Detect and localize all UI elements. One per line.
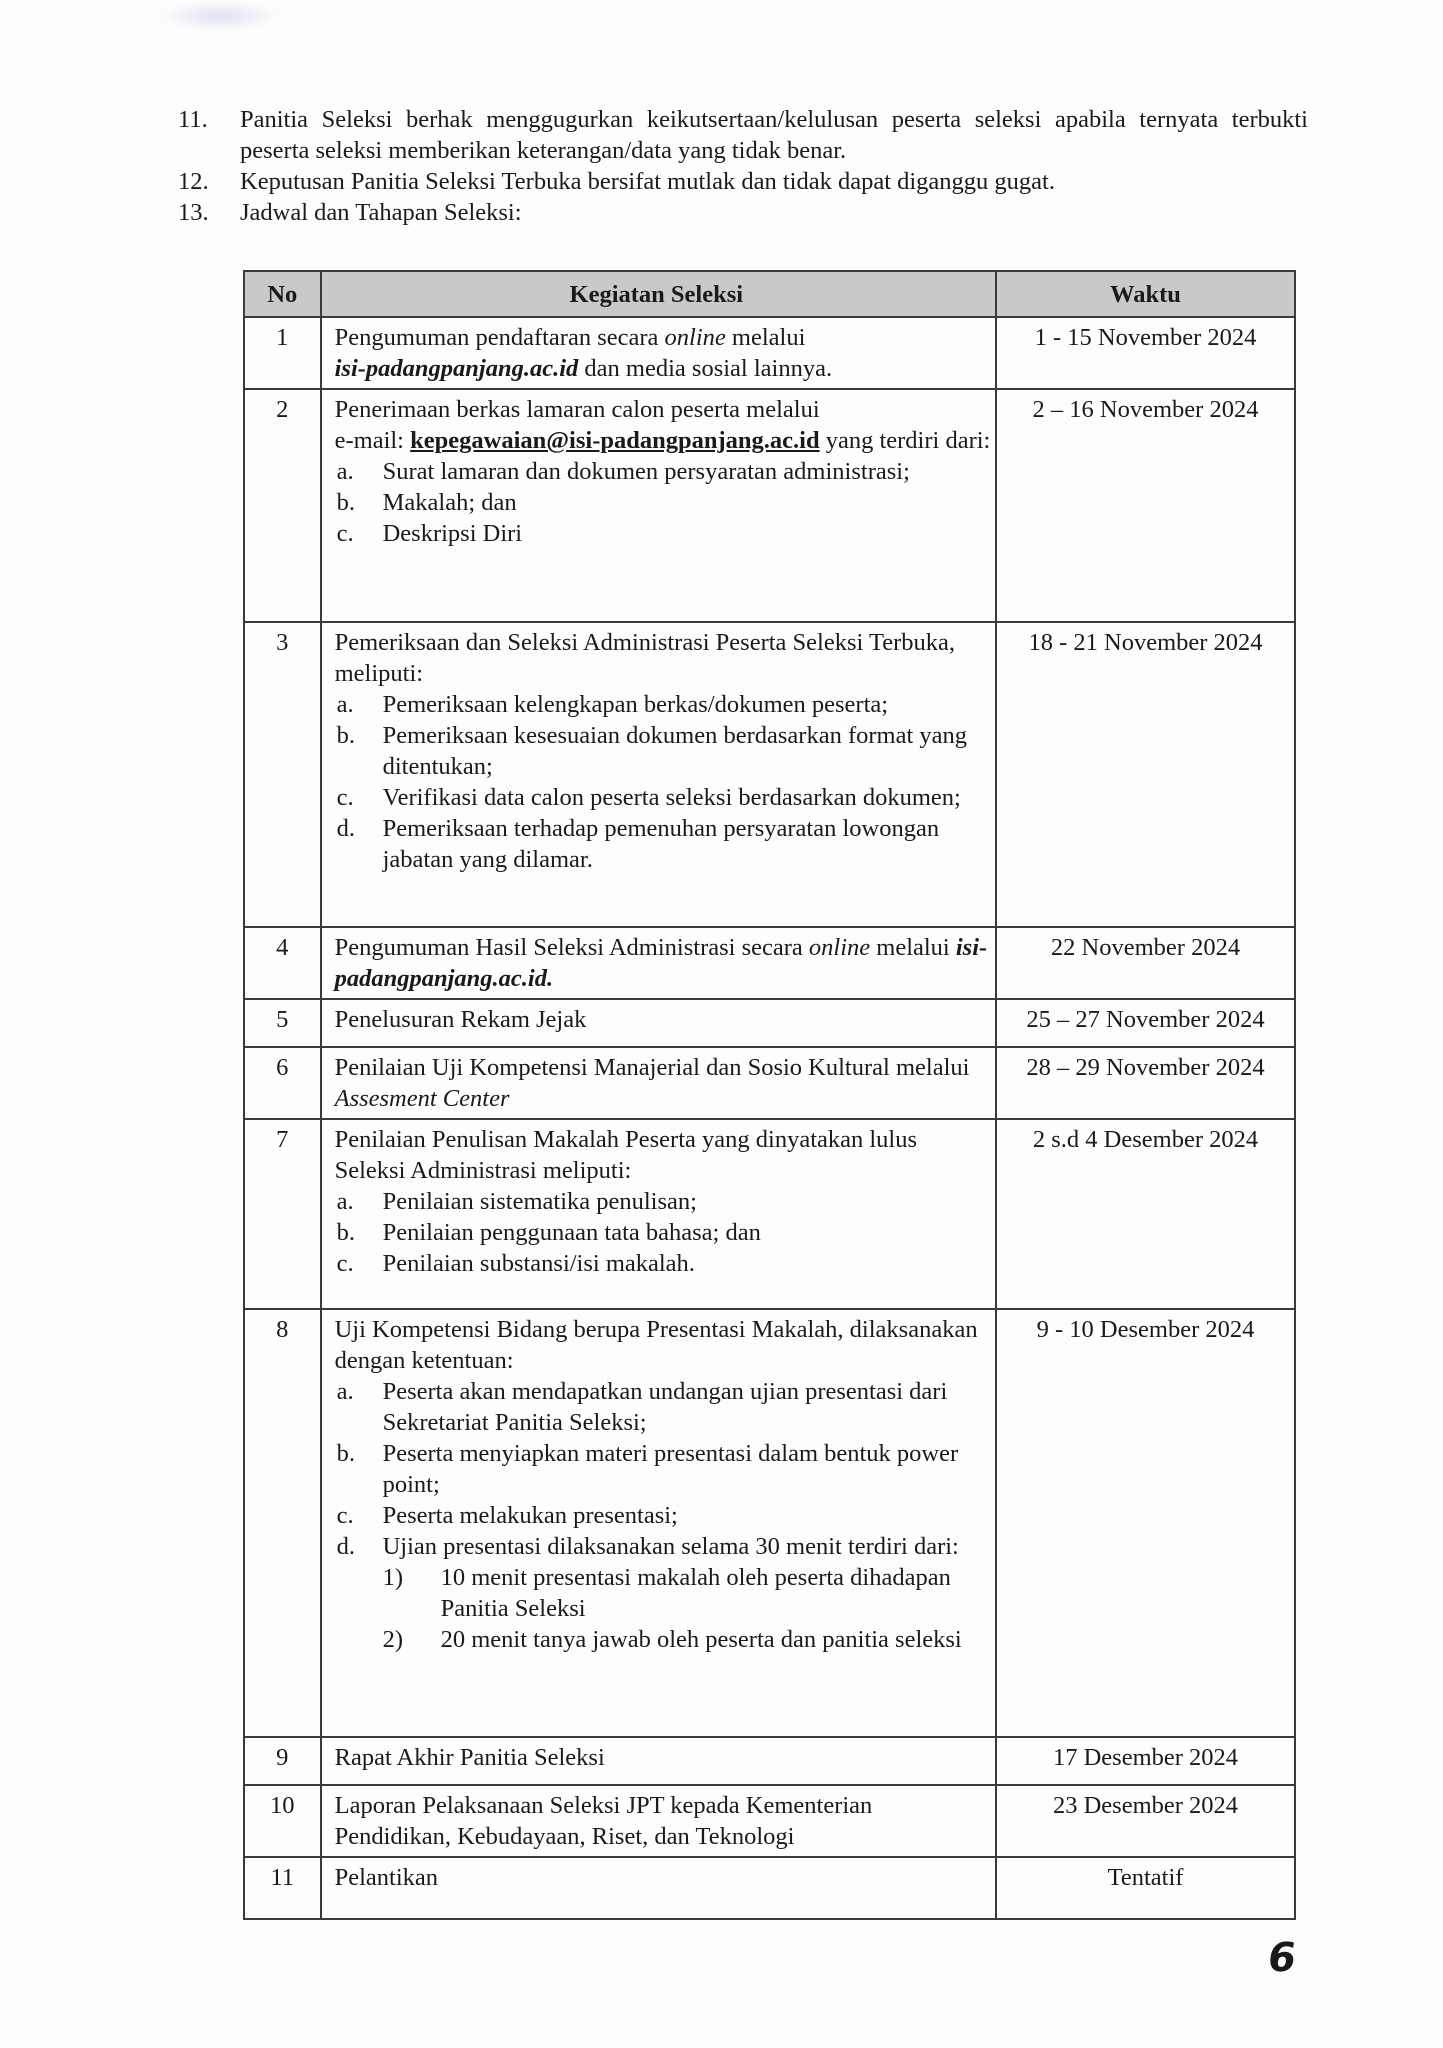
activity-cell: Rapat Akhir Panitia Seleksi [321, 1737, 996, 1785]
email-link[interactable]: kepegawaian@isi-padangpanjang.ac.id [410, 427, 819, 454]
activity-text: Penilaian Penulisan Makalah Peserta yang… [335, 1124, 991, 1186]
sub-item-text: Penilaian sistematika penulisan; [383, 1186, 697, 1217]
sub-item-label: d. [335, 813, 383, 875]
activity-text: Pengumuman Hasil Seleksi Administrasi se… [335, 932, 991, 994]
sub-item: d.Ujian presentasi dilaksanakan selama 3… [335, 1531, 991, 1562]
nested-sub-item-label: 1) [381, 1562, 441, 1624]
activity-text: Rapat Akhir Panitia Seleksi [335, 1742, 991, 1773]
italic-term: Assesment Center [335, 1085, 510, 1112]
text-segment: melalui [870, 934, 956, 961]
activity-cell: Pemeriksaan dan Seleksi Administrasi Pes… [321, 622, 996, 927]
sub-item-label: c. [335, 518, 383, 549]
sub-item: c.Deskripsi Diri [335, 518, 991, 549]
website-link[interactable]: isi-padangpanjang.ac.id [335, 355, 579, 382]
schedule-table: No Kegiatan Seleksi Waktu 1Pengumuman pe… [243, 270, 1296, 1920]
activity-cell: Uji Kompetensi Bidang berupa Presentasi … [321, 1309, 996, 1737]
schedule-date: 25 – 27 November 2024 [996, 999, 1295, 1047]
row-number: 1 [244, 317, 321, 389]
item-number: 11. [178, 104, 240, 166]
sub-item-text: Surat lamaran dan dokumen persyaratan ad… [383, 456, 910, 487]
sub-item-text: Deskripsi Diri [383, 518, 523, 549]
sub-item-text: Peserta akan mendapatkan undangan ujian … [383, 1376, 991, 1438]
item-number: 13. [178, 197, 240, 228]
sub-item-label: b. [335, 487, 383, 518]
row-number: 4 [244, 927, 321, 999]
sub-item: b.Peserta menyiapkan materi presentasi d… [335, 1438, 991, 1500]
nested-sub-item: 1)10 menit presentasi makalah oleh peser… [335, 1562, 991, 1624]
item-number: 12. [178, 166, 240, 197]
nested-sub-item-text: 20 menit tanya jawab oleh peserta dan pa… [441, 1624, 962, 1655]
intro-item-12: 12. Keputusan Panitia Seleksi Terbuka be… [178, 166, 1308, 197]
row-number: 8 [244, 1309, 321, 1737]
text-segment: e-mail: [335, 427, 411, 454]
activity-text: Pemeriksaan dan Seleksi Administrasi Pes… [335, 627, 991, 689]
text-segment: yang terdiri dari: [820, 427, 991, 454]
italic-term: online [809, 934, 870, 961]
schedule-date: 1 - 15 November 2024 [996, 317, 1295, 389]
table-row: 11PelantikanTentatif [244, 1857, 1295, 1919]
sub-item-label: a. [335, 689, 383, 720]
item-text: Panitia Seleksi berhak menggugurkan keik… [240, 104, 1308, 166]
schedule-date: 22 November 2024 [996, 927, 1295, 999]
activity-cell: Penilaian Uji Kompetensi Manajerial dan … [321, 1047, 996, 1119]
table-row: 6Penilaian Uji Kompetensi Manajerial dan… [244, 1047, 1295, 1119]
row-number: 6 [244, 1047, 321, 1119]
activity-text: Penelusuran Rekam Jejak [335, 1004, 991, 1035]
row-number: 7 [244, 1119, 321, 1309]
table-row: 8Uji Kompetensi Bidang berupa Presentasi… [244, 1309, 1295, 1737]
nested-sub-item: 2)20 menit tanya jawab oleh peserta dan … [335, 1624, 991, 1655]
italic-term: online [665, 324, 726, 351]
sub-item-label: d. [335, 1531, 383, 1562]
sub-item: a.Peserta akan mendapatkan undangan ujia… [335, 1376, 991, 1438]
activity-cell: Penelusuran Rekam Jejak [321, 999, 996, 1047]
schedule-date: 9 - 10 Desember 2024 [996, 1309, 1295, 1737]
item-text: Keputusan Panitia Seleksi Terbuka bersif… [240, 166, 1308, 197]
activity-text: Laporan Pelaksanaan Seleksi JPT kepada K… [335, 1790, 991, 1852]
sub-item: a.Pemeriksaan kelengkapan berkas/dokumen… [335, 689, 991, 720]
sub-item: c.Verifikasi data calon peserta seleksi … [335, 782, 991, 813]
row-number: 5 [244, 999, 321, 1047]
sub-item-text: Verifikasi data calon peserta seleksi be… [383, 782, 961, 813]
text-segment: dan media sosial lainnya. [578, 355, 832, 382]
schedule-date: 2 s.d 4 Desember 2024 [996, 1119, 1295, 1309]
table-row: 10Laporan Pelaksanaan Seleksi JPT kepada… [244, 1785, 1295, 1857]
table-row: 1Pengumuman pendaftaran secara online me… [244, 317, 1295, 389]
activity-text: Pengumuman pendaftaran secara online mel… [335, 322, 991, 384]
sub-item-text: Ujian presentasi dilaksanakan selama 30 … [383, 1531, 959, 1562]
sub-item: b.Penilaian penggunaan tata bahasa; dan [335, 1217, 991, 1248]
activity-text: Penilaian Uji Kompetensi Manajerial dan … [335, 1052, 991, 1114]
table-row: 5Penelusuran Rekam Jejak25 – 27 November… [244, 999, 1295, 1047]
activity-cell: Pelantikan [321, 1857, 996, 1919]
schedule-date: 28 – 29 November 2024 [996, 1047, 1295, 1119]
activity-text: Pelantikan [335, 1862, 991, 1893]
sub-item: c.Penilaian substansi/isi makalah. [335, 1248, 991, 1279]
activity-cell: Pengumuman pendaftaran secara online mel… [321, 317, 996, 389]
sub-item: a.Penilaian sistematika penulisan; [335, 1186, 991, 1217]
sub-item: d.Pemeriksaan terhadap pemenuhan persyar… [335, 813, 991, 875]
intro-list: 11. Panitia Seleksi berhak menggugurkan … [178, 104, 1308, 228]
table-row: 4Pengumuman Hasil Seleksi Administrasi s… [244, 927, 1295, 999]
text-segment: Penilaian Uji Kompetensi Manajerial dan … [335, 1054, 970, 1081]
sub-item-label: b. [335, 720, 383, 782]
sub-item: b.Pemeriksaan kesesuaian dokumen berdasa… [335, 720, 991, 782]
header-kegiatan: Kegiatan Seleksi [321, 271, 996, 317]
sub-item-label: c. [335, 782, 383, 813]
row-number: 9 [244, 1737, 321, 1785]
header-no: No [244, 271, 321, 317]
activity-text: Penerimaan berkas lamaran calon peserta … [335, 394, 991, 456]
sub-item-text: Makalah; dan [383, 487, 517, 518]
table-header-row: No Kegiatan Seleksi Waktu [244, 271, 1295, 317]
item-text: Jadwal dan Tahapan Seleksi: [240, 197, 1308, 228]
sub-item-label: a. [335, 1186, 383, 1217]
sub-item: c.Peserta melakukan presentasi; [335, 1500, 991, 1531]
text-segment: Pengumuman Hasil Seleksi Administrasi se… [335, 934, 809, 961]
activity-cell: Penerimaan berkas lamaran calon peserta … [321, 389, 996, 622]
schedule-date: 17 Desember 2024 [996, 1737, 1295, 1785]
activity-cell: Penilaian Penulisan Makalah Peserta yang… [321, 1119, 996, 1309]
nested-sub-item-label: 2) [381, 1624, 441, 1655]
activity-text: Uji Kompetensi Bidang berupa Presentasi … [335, 1314, 991, 1376]
sub-item-label: a. [335, 1376, 383, 1438]
sub-item-text: Pemeriksaan kelengkapan berkas/dokumen p… [383, 689, 888, 720]
sub-item-label: c. [335, 1500, 383, 1531]
table-row: 2Penerimaan berkas lamaran calon peserta… [244, 389, 1295, 622]
sub-item-label: c. [335, 1248, 383, 1279]
sub-item-text: Peserta melakukan presentasi; [383, 1500, 678, 1531]
activity-cell: Pengumuman Hasil Seleksi Administrasi se… [321, 927, 996, 999]
sub-item-label: b. [335, 1217, 383, 1248]
row-number: 11 [244, 1857, 321, 1919]
row-number: 2 [244, 389, 321, 622]
sub-item-label: a. [335, 456, 383, 487]
sub-item-text: Penilaian penggunaan tata bahasa; dan [383, 1217, 761, 1248]
text-segment: melalui [726, 324, 806, 351]
page-number: 6 [1265, 1935, 1299, 1981]
sub-item-text: Penilaian substansi/isi makalah. [383, 1248, 695, 1279]
activity-cell: Laporan Pelaksanaan Seleksi JPT kepada K… [321, 1785, 996, 1857]
schedule-date: Tentatif [996, 1857, 1295, 1919]
sub-item-text: Peserta menyiapkan materi presentasi dal… [383, 1438, 991, 1500]
schedule-date: 18 - 21 November 2024 [996, 622, 1295, 927]
intro-item-11: 11. Panitia Seleksi berhak menggugurkan … [178, 104, 1308, 166]
row-number: 3 [244, 622, 321, 927]
sub-item: b.Makalah; dan [335, 487, 991, 518]
table-row: 7Penilaian Penulisan Makalah Peserta yan… [244, 1119, 1295, 1309]
schedule-date: 2 – 16 November 2024 [996, 389, 1295, 622]
text-segment: Penerimaan berkas lamaran calon peserta … [335, 396, 820, 423]
scan-smudge [160, 0, 280, 32]
sub-item-label: b. [335, 1438, 383, 1500]
sub-item: a.Surat lamaran dan dokumen persyaratan … [335, 456, 991, 487]
table-row: 9Rapat Akhir Panitia Seleksi17 Desember … [244, 1737, 1295, 1785]
sub-item-text: Pemeriksaan kesesuaian dokumen berdasark… [383, 720, 991, 782]
row-number: 10 [244, 1785, 321, 1857]
table-row: 3Pemeriksaan dan Seleksi Administrasi Pe… [244, 622, 1295, 927]
header-waktu: Waktu [996, 271, 1295, 317]
text-segment: Pengumuman pendaftaran secara [335, 324, 665, 351]
sub-item-text: Pemeriksaan terhadap pemenuhan persyarat… [383, 813, 991, 875]
intro-item-13: 13. Jadwal dan Tahapan Seleksi: [178, 197, 1308, 228]
nested-sub-item-text: 10 menit presentasi makalah oleh peserta… [441, 1562, 991, 1624]
schedule-date: 23 Desember 2024 [996, 1785, 1295, 1857]
